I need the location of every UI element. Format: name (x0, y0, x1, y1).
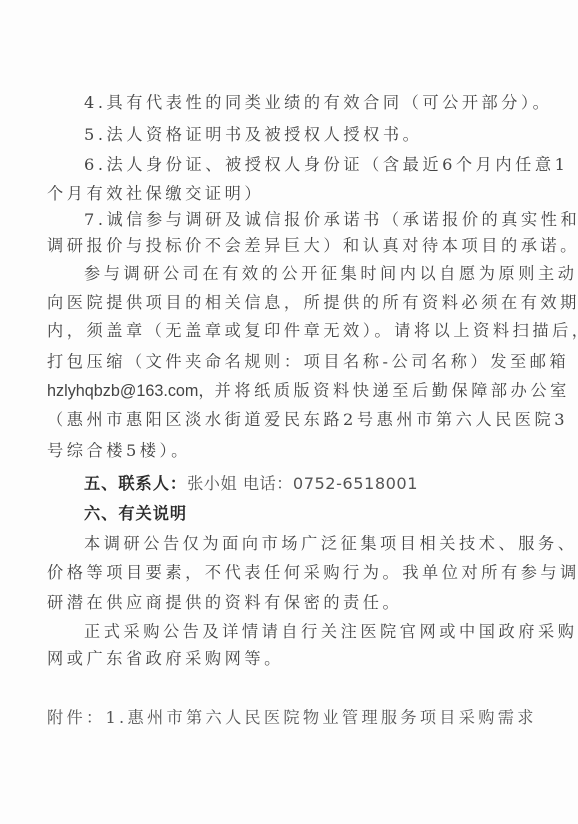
disclaimer-paragraph-line: 价格等项目要素，不代表任何采购行为。我单位对所有参与调 (47, 562, 537, 584)
requirement-item-6-continued: 个月有效社保缴交证明） (47, 183, 537, 205)
submission-paragraph-line: 参与调研公司在有效的公开征集时间内以自愿为原则主动 (84, 263, 574, 285)
document-page: 4.具有代表性的同类业绩的有效合同（可公开部分）。 5.法人资格证明书及被授权人… (0, 0, 578, 824)
submission-email: hzlyhqbzb@163.com， (47, 382, 215, 400)
requirement-item-4: 4.具有代表性的同类业绩的有效合同（可公开部分）。 (84, 92, 574, 114)
requirement-item-7: 7.诚信参与调研及诚信报价承诺书（承诺报价的真实性和 (84, 209, 574, 231)
submission-paragraph-line: 号综合楼5楼）。 (47, 440, 537, 462)
requirement-item-7-continued: 调研报价与投标价不会差异巨大）和认真对待本项目的承诺。 (47, 235, 537, 257)
section-6-heading: 六、有关说明 (84, 503, 574, 525)
notice-paragraph-line: 正式采购公告及详情请自行关注医院官网或中国政府采购 (84, 621, 574, 643)
section-5-heading: 五、联系人： (84, 474, 187, 493)
requirement-item-6: 6.法人身份证、被授权人身份证（含最近6个月内任意1 (84, 154, 574, 176)
submission-paragraph-line: 内，须盖章（无盖章或复印件章无效）。请将以上资料扫描后， (47, 320, 537, 342)
contact-info: 张小姐 电话：0752-6518001 (187, 474, 418, 493)
attachment-reference: 附件：1.惠州市第六人民医院物业管理服务项目采购需求 (47, 707, 537, 729)
submission-paragraph-line: 向医院提供项目的相关信息，所提供的所有资料必须在有效期 (47, 292, 537, 314)
notice-paragraph-line: 网或广东省政府采购网等。 (47, 648, 537, 670)
disclaimer-paragraph-line: 研潜在供应商提供的资料有保密的责任。 (47, 592, 537, 614)
disclaimer-paragraph-line: 本调研公告仅为面向市场广泛征集项目相关技术、服务、 (84, 533, 574, 555)
submission-paragraph-text: 并将纸质版资料快递至后勤保障部办公室 (215, 381, 570, 400)
submission-paragraph-line: 打包压缩（文件夹命名规则：项目名称-公司名称）发至邮箱 (47, 351, 537, 373)
submission-paragraph-email-line: hzlyhqbzb@163.com，并将纸质版资料快递至后勤保障部办公室 (47, 380, 537, 402)
submission-paragraph-line: （惠州市惠阳区淡水街道爱民东路2号惠州市第六人民医院3 (47, 409, 537, 431)
section-5-contact: 五、联系人：张小姐 电话：0752-6518001 (84, 473, 574, 495)
requirement-item-5: 5.法人资格证明书及被授权人授权书。 (84, 124, 574, 146)
